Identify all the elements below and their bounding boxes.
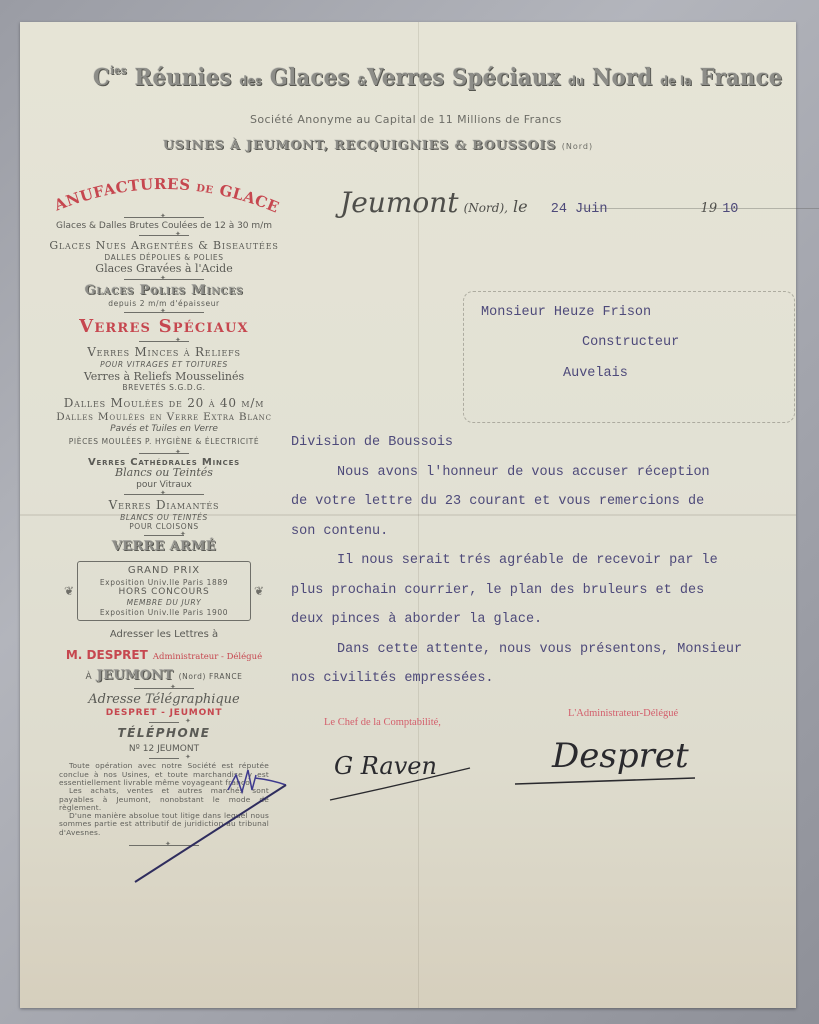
left-signature: G Raven: [334, 752, 437, 780]
body-line: Il nous serait trés agréable de recevoir…: [291, 546, 801, 576]
company-prefix: C: [93, 64, 110, 91]
product-line: Dalles Moulées de 20 à 40 m/m: [42, 396, 286, 411]
ornament-divider: [124, 217, 204, 218]
grand-prix-label: GRAND PRIX: [80, 565, 248, 578]
right-signature: Despret: [552, 736, 689, 776]
product-line: PIÈCES MOULÉES P. HYGIÈNE & ÉLECTRICITÉ: [42, 437, 286, 446]
body-line: Nous avons l'honneur de vous accuser réc…: [291, 458, 801, 488]
dateline-place: Jeumont: [340, 186, 459, 219]
manufactures-arc-heading: MANUFACTURES DE GLACES: [42, 170, 286, 214]
expo-1889: Exposition Univ.lle Paris 1889: [80, 578, 248, 587]
product-line: POUR CLOISONS: [42, 522, 286, 531]
expo-1900: Exposition Univ.lle Paris 1900: [80, 608, 248, 617]
product-line: Verres à Reliefs Mousselinés: [42, 370, 286, 384]
date-day-month: 24 Juin: [551, 202, 608, 217]
product-line: BREVETÉS S.G.D.G.: [42, 383, 286, 392]
right-signature-label: L'Administrateur-Délégué: [568, 708, 678, 719]
body-line: de votre lettre du 23 courant et vous re…: [291, 487, 801, 517]
letter-body: Division de Boussois Nous avons l'honneu…: [291, 428, 801, 694]
terms-paragraph: Les achats, ventes et autres marchés son…: [59, 787, 269, 812]
factories-line: USINES À JEUMONT, RECQUIGNIES & BOUSSOIS…: [163, 137, 593, 152]
address-region: (Nord) FRANCE: [179, 672, 243, 681]
address-name-line: M. DESPRET Administrateur - Délégué: [42, 644, 286, 664]
recipient-name: Monsieur Heuze Frison: [481, 305, 651, 320]
body-line: plus prochain courrier, le plan des brul…: [291, 576, 801, 606]
factories-region: (Nord): [562, 142, 593, 151]
product-line: Glaces & Dalles Brutes Coulées de 12 à 3…: [42, 221, 286, 232]
body-line: Dans cette attente, nous vous présentons…: [291, 635, 801, 665]
verre-arme-heading: VERRE ARMÉ: [42, 539, 286, 555]
terms-paragraph: D'une manière absolue tout litige dans l…: [59, 812, 269, 837]
company-word: France: [700, 64, 783, 91]
ornament-divider: [149, 722, 179, 723]
address-intro: Adresser les Lettres à: [42, 629, 286, 642]
telegraph-address: DESPRET - JEUMONT: [42, 708, 286, 719]
ornament-divider: [139, 235, 189, 236]
product-line: Verres Minces à Reliefs: [42, 345, 286, 360]
division-line: Division de Boussois: [291, 428, 801, 458]
letterhead-sidebar: MANUFACTURES DE GLACES Glaces & Dalles B…: [42, 170, 286, 849]
address-city-line: À JEUMONT (Nord) FRANCE: [42, 664, 286, 684]
dateline-rule: [580, 208, 819, 209]
product-line: Glaces Polies Minces: [42, 283, 286, 299]
ornament-divider: [124, 279, 204, 280]
address-prefix: À: [85, 672, 91, 682]
company-word: &: [357, 74, 367, 88]
date-year-suffix: 10: [722, 202, 738, 217]
company-capital-subtitle: Société Anonyme au Capital de 11 Million…: [250, 113, 562, 126]
company-word: du: [568, 74, 584, 88]
dateline-le: le: [513, 197, 528, 216]
company-name-heading: Cies Réunies des Glaces &Verres Spéciaux…: [93, 64, 783, 91]
product-line: POUR VITRAGES ET TOITURES: [42, 360, 286, 369]
company-word: Nord: [592, 64, 653, 91]
ornament-divider: [139, 341, 189, 342]
telephone-label: TÉLÉPHONE: [42, 726, 286, 741]
ornament-divider: [124, 494, 204, 495]
product-line: Glaces Nues Argentées & Biseautées: [42, 239, 286, 253]
company-word: de la: [660, 74, 692, 88]
body-line: deux pinces à aborder la glace.: [291, 605, 801, 635]
company-prefix-sup: ies: [110, 64, 127, 77]
product-line: Verres Diamantés: [42, 498, 286, 513]
company-word: Verres Spéciaux: [367, 64, 560, 91]
address-name: M. DESPRET: [66, 648, 148, 662]
product-line: Pavés et Tuiles en Verre: [42, 424, 286, 435]
product-line: DALLES DÉPOLIES & POLIES: [42, 253, 286, 262]
body-line: nos civilités empressées.: [291, 664, 801, 694]
company-word: Réunies: [135, 64, 232, 91]
product-line: Blancs ou Teintés: [42, 466, 286, 480]
dateline: Jeumont (Nord), le 24 Juin 19 10: [340, 186, 738, 219]
address-role: Administrateur - Délégué: [153, 652, 262, 662]
left-signature-label: Le Chef de la Comptabilité,: [324, 717, 441, 728]
telegraph-label: Adresse Télégraphique: [42, 692, 286, 708]
company-word: Glaces: [270, 64, 350, 91]
product-line: Dalles Moulées en Verre Extra Blanc: [42, 411, 286, 424]
dateline-region: (Nord),: [464, 201, 508, 215]
ornament-divider: [124, 312, 204, 313]
awards-cartouche: GRAND PRIX Exposition Univ.lle Paris 188…: [77, 561, 251, 621]
telephone-number: Nº 12 JEUMONT: [42, 744, 286, 755]
terms-paragraph: Toute opération avec notre Société est r…: [59, 762, 269, 787]
hors-concours-label: HORS CONCOURS: [80, 587, 248, 598]
product-line: BLANCS OU TEINTÉS: [42, 513, 286, 522]
company-word: des: [239, 74, 262, 88]
recipient-title: Constructeur: [582, 335, 679, 350]
membre-jury-label: MEMBRE DU JURY: [80, 598, 248, 607]
verres-speciaux-heading: Verres Spéciaux: [42, 316, 286, 339]
address-city: JEUMONT: [97, 668, 174, 683]
recipient-city: Auvelais: [563, 366, 628, 381]
ornament-divider: [129, 845, 199, 846]
body-line: son contenu.: [291, 517, 801, 547]
ornament-divider: [134, 688, 194, 689]
ornament-divider: [149, 758, 179, 759]
ornament-divider: [139, 453, 189, 454]
factories-text: USINES À JEUMONT, RECQUIGNIES & BOUSSOIS: [163, 137, 556, 152]
terms-of-sale: Toute opération avec notre Société est r…: [59, 762, 269, 837]
ornament-divider: [144, 535, 184, 536]
